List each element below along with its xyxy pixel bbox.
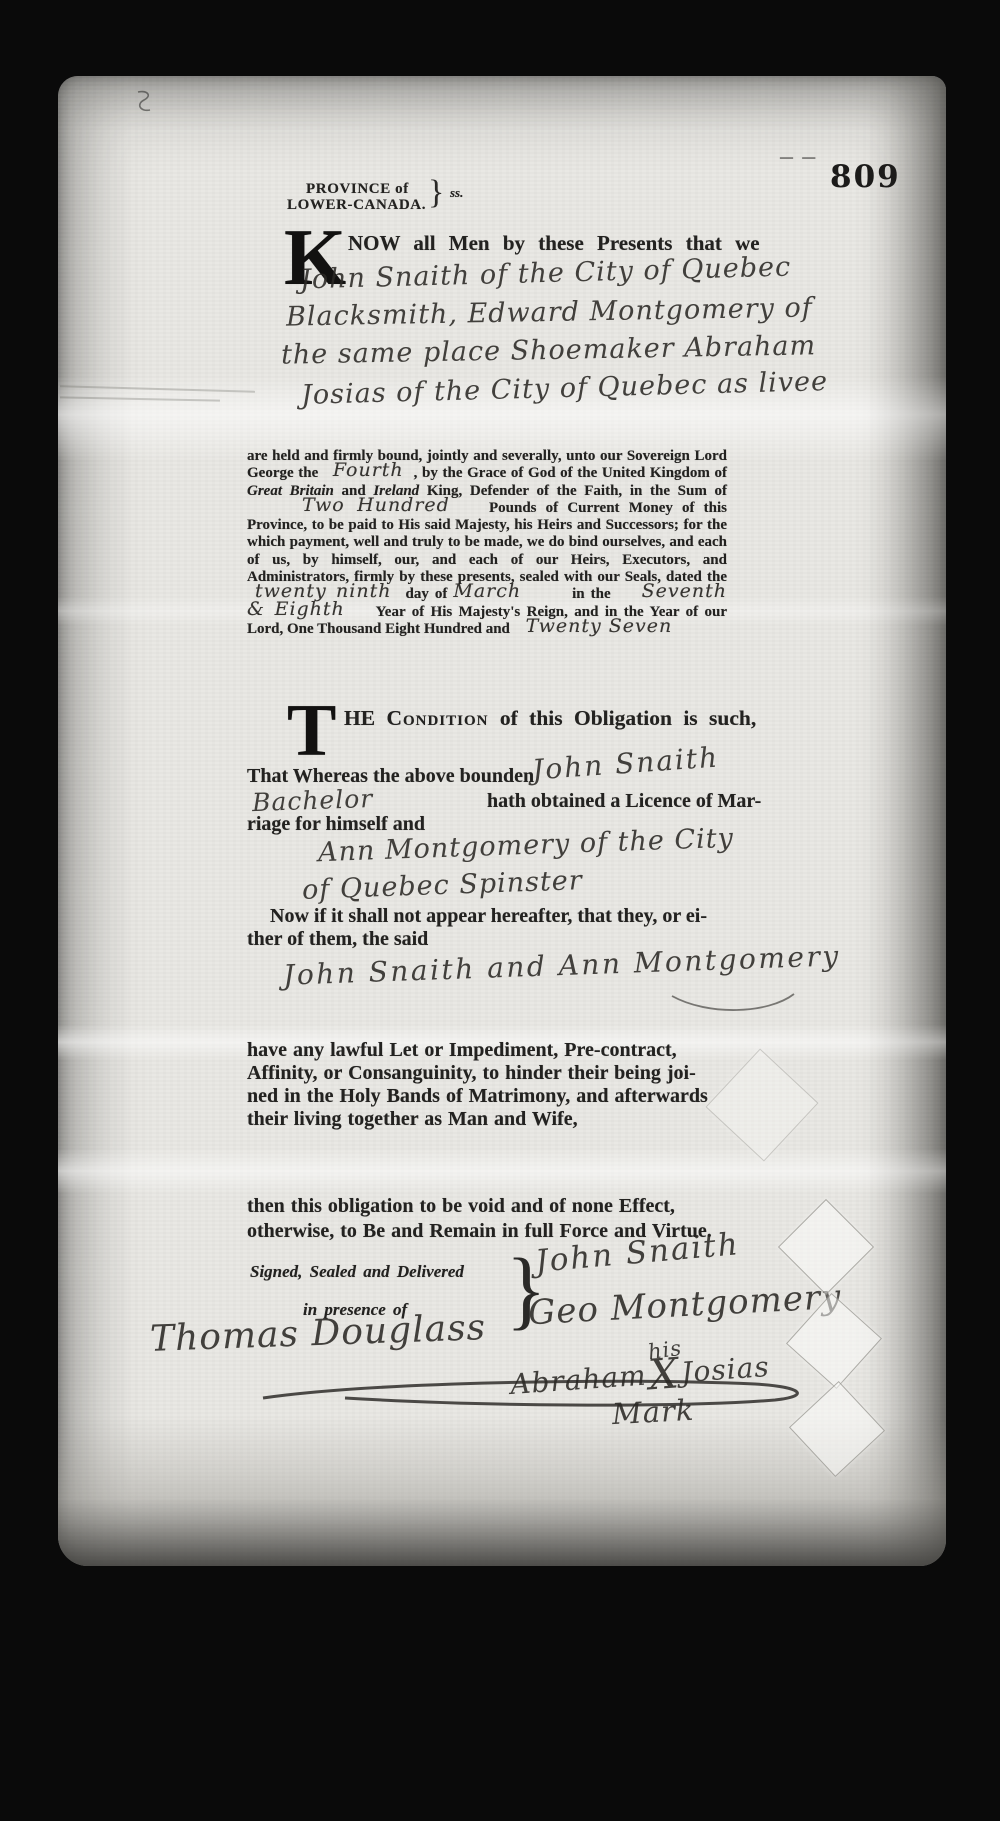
void-clause-line: then this obligation to be void and of n…	[247, 1196, 675, 1216]
condition-line4: Now if it shall not appear hereafter, th…	[270, 906, 707, 926]
dropcap-t: T	[287, 702, 336, 761]
corner-squiggle-mark-icon	[132, 88, 158, 118]
bond-paragraph: are held and firmly bound, jointly and s…	[247, 448, 727, 638]
condition-heading-smallcaps: Condition	[386, 706, 488, 730]
impediment-line: have any lawful Let or Impediment, Pre-c…	[247, 1040, 677, 1060]
handwritten-year: Twenty Seven	[526, 615, 673, 637]
mark-x-cross: X	[647, 1348, 681, 1399]
impediment-line: their living together as Man and Wife,	[247, 1109, 578, 1129]
province-heading-line2: LOWER-CANADA.	[287, 198, 426, 213]
bond-text: , by the Grace of God of the United King…	[414, 465, 727, 481]
couple-underline-flourish	[668, 990, 798, 1016]
signed-sealed-label: Signed, Sealed and Delivered	[250, 1263, 464, 1280]
mark-name-right: Josias	[680, 1350, 771, 1389]
handwritten-king-ordinal: Fourth	[333, 459, 404, 481]
province-heading-line1: PROVINCE of	[306, 182, 409, 197]
condition-heading-he: HE	[344, 706, 375, 730]
condition-line5: ther of them, the said	[247, 929, 428, 949]
handwritten-status: Bachelor	[252, 786, 374, 815]
handwritten-month: March	[453, 580, 521, 602]
impediment-line: Affinity, or Consanguinity, to hinder th…	[247, 1063, 696, 1083]
ss-label: ss.	[450, 186, 463, 199]
opening-line: NOW all Men by these Presents that we	[348, 233, 760, 254]
page-number-stamp: 809	[830, 162, 901, 193]
stamp-dashes: — —	[780, 150, 818, 163]
scanned-document-canvas: PROVINCE of LOWER-CANADA. } ss. — — 809 …	[0, 0, 1000, 1821]
bond-text: King, Defender of the Faith, in the Sum …	[419, 483, 727, 499]
condition-line1: That Whereas the above bounden	[247, 766, 534, 786]
bond-text: in the	[566, 586, 617, 602]
handwritten-sum: Two Hundred	[302, 494, 450, 516]
condition-line3: riage for himself and	[247, 814, 425, 834]
condition-heading: HE Condition of this Obligation is such,	[344, 708, 756, 730]
ss-brace: }	[428, 176, 444, 210]
condition-heading-rest: of this Obligation is such,	[500, 706, 756, 730]
condition-line2: hath obtained a Licence of Mar-	[487, 791, 761, 811]
impediment-line: ned in the Holy Bands of Matrimony, and …	[247, 1086, 708, 1106]
bond-text: day of	[399, 586, 453, 602]
mark-label: Mark	[611, 1396, 695, 1429]
